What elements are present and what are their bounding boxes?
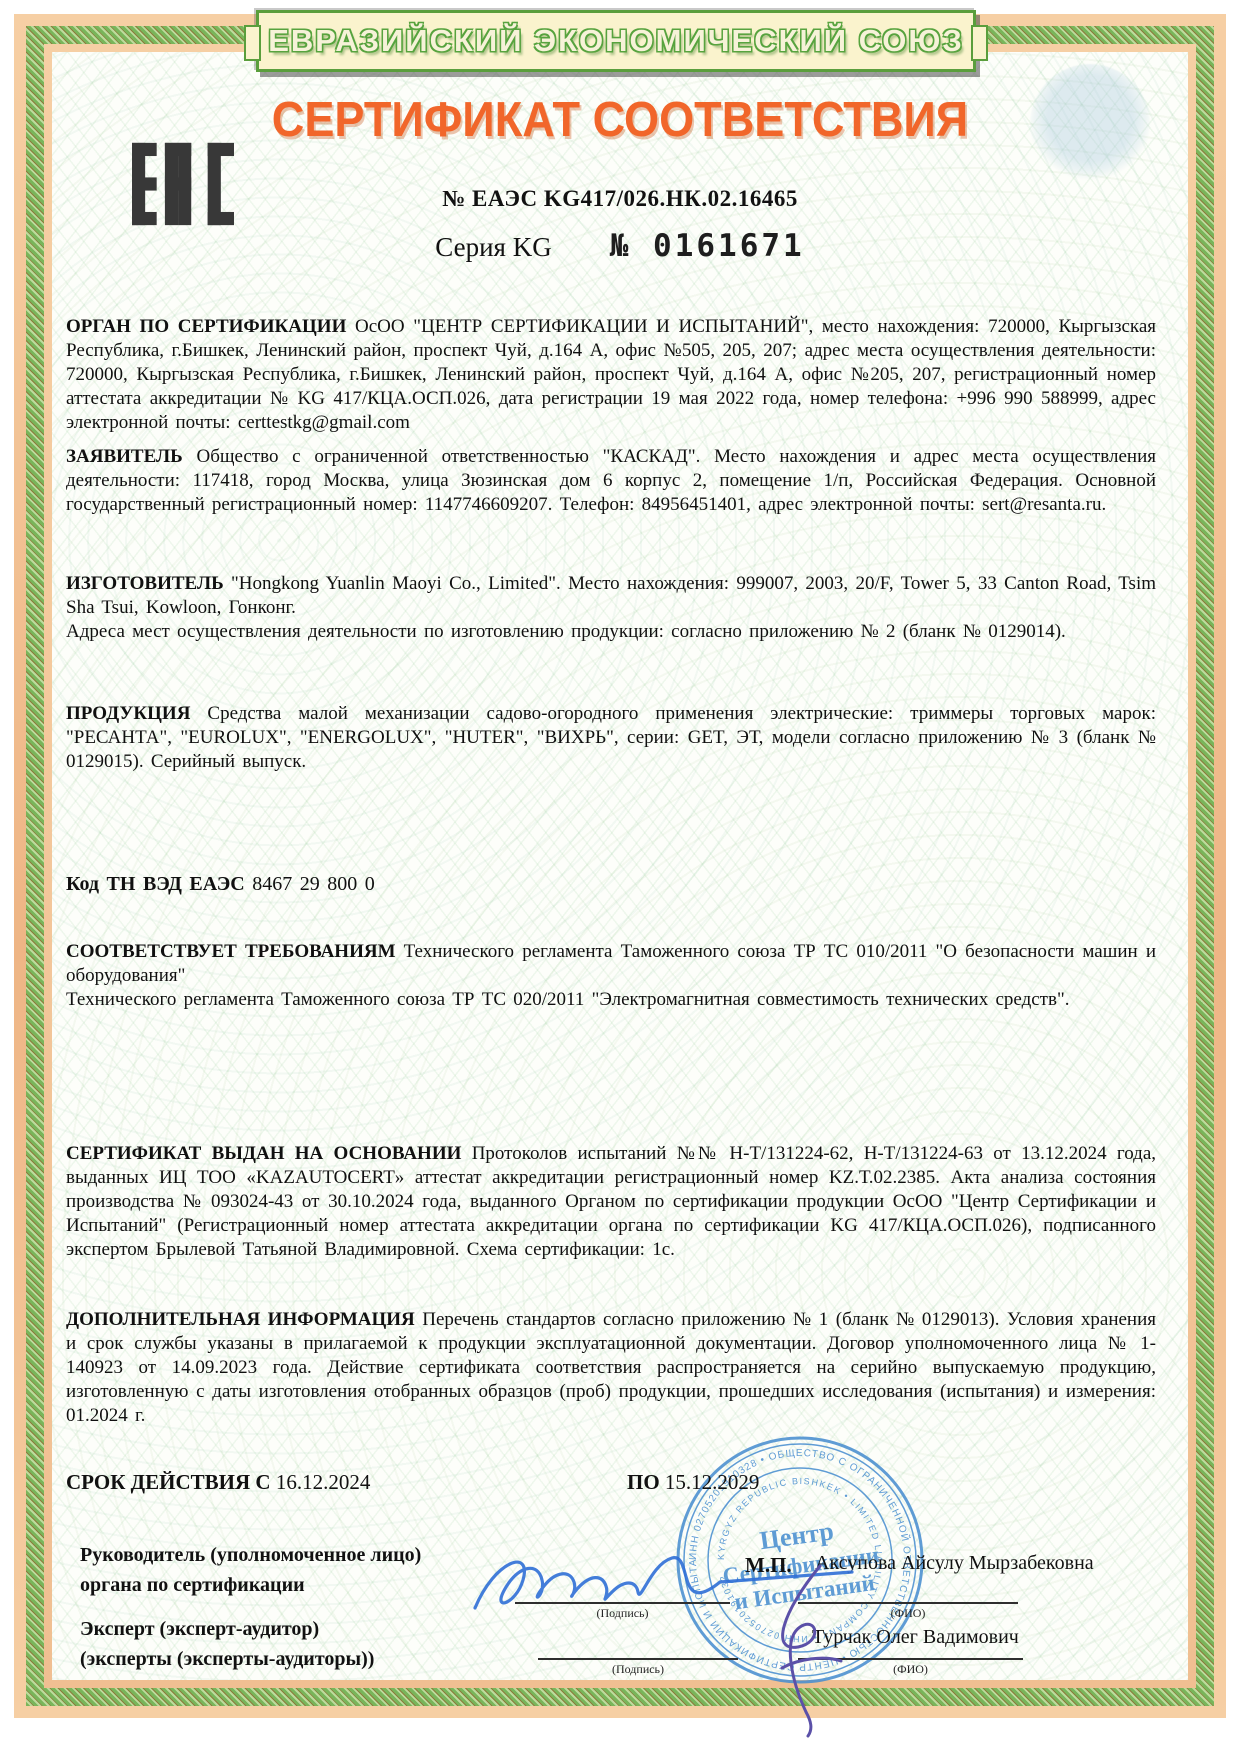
- eac-logo-glyph: [132, 142, 234, 226]
- head-name: Аксупова Айсулу Мырзабековна: [815, 1552, 1094, 1575]
- expert-signature-caption: (Подпись): [538, 1662, 738, 1677]
- section-compliance: СООТВЕТСТВУЕТ ТРЕБОВАНИЯМ Технического р…: [66, 940, 1156, 1012]
- section-applicant-text: Общество с ограниченной ответственностью…: [66, 446, 1156, 515]
- section-additional-info: ДОПОЛНИТЕЛЬНАЯ ИНФОРМАЦИЯ Перечень станд…: [66, 1308, 1156, 1428]
- validity-from-label: СРОК ДЕЙСТВИЯ С: [66, 1470, 271, 1494]
- certificate-number: № ЕАЭС KG417/026.НК.02.16465: [0, 186, 1240, 212]
- expert-name: Турчак Олег Вадимович: [812, 1626, 1019, 1649]
- series-row: Серия KG № 0161671: [0, 228, 1240, 264]
- section-tnved-code: Код ТН ВЭД ЕАЭС 8467 29 800 0: [66, 872, 1156, 896]
- section-issued-basis-label: СЕРТИФИКАТ ВЫДАН НА ОСНОВАНИИ: [66, 1143, 461, 1164]
- certificate-page: ЕВРАЗИЙСКИЙ ЭКОНОМИЧЕСКИЙ СОЮЗ ЕАС СЕРТИ…: [0, 0, 1240, 1754]
- section-manufacturer-text: "Hongkong Yuanlin Maoyi Co., Limited". М…: [66, 573, 1156, 618]
- expert-fio-line: [798, 1658, 1023, 1660]
- expert-role-line1: Эксперт (эксперт-аудитор): [80, 1614, 480, 1644]
- section-products: ПРОДУКЦИЯ Средства малой механизации сад…: [66, 702, 1156, 774]
- validity-to-group: ПО 15.12.2029: [627, 1470, 759, 1495]
- banner-end-right: [971, 25, 988, 60]
- section-issued-basis: СЕРТИФИКАТ ВЫДАН НА ОСНОВАНИИ Протоколов…: [66, 1142, 1156, 1262]
- series-blank-number: № 0161671: [610, 228, 805, 264]
- expert-role-line2: (эксперты (эксперты-аудиторы)): [80, 1644, 480, 1674]
- series-label: Серия KG: [435, 232, 551, 263]
- page-title: СЕРТИФИКАТ СООТВЕТСТВИЯ: [50, 92, 1191, 148]
- guilloche-background: [52, 52, 1188, 1680]
- head-role-label: Руководитель (уполномоченное лицо) орган…: [80, 1540, 480, 1600]
- section-products-label: ПРОДУКЦИЯ: [66, 703, 190, 724]
- section-applicant: ЗАЯВИТЕЛЬ Общество с ограниченной ответс…: [66, 445, 1156, 517]
- section-applicant-label: ЗАЯВИТЕЛЬ: [66, 446, 183, 467]
- section-additional-info-label: ДОПОЛНИТЕЛЬНАЯ ИНФОРМАЦИЯ: [66, 1309, 415, 1330]
- validity-to-date: 15.12.2029: [665, 1470, 760, 1494]
- section-certification-body-label: ОРГАН ПО СЕРТИФИКАЦИИ: [66, 316, 346, 337]
- expert-signature-line: [538, 1658, 738, 1660]
- section-compliance-text2: Технического регламента Таможенного союз…: [66, 988, 1156, 1012]
- expert-fio-caption: (ФИО): [798, 1662, 1023, 1677]
- head-signature-line: [515, 1602, 730, 1604]
- mp-seal-mark: М.П.: [745, 1553, 792, 1578]
- section-tnved-label: Код ТН ВЭД ЕАЭС: [66, 873, 245, 895]
- validity-to-label: ПО: [627, 1470, 660, 1494]
- section-manufacturer-addresses: Адреса мест осуществления деятельности п…: [66, 620, 1156, 644]
- section-products-text: Средства малой механизации садово-огород…: [66, 703, 1156, 772]
- validity-from-date: 16.12.2024: [276, 1470, 371, 1494]
- section-manufacturer-label: ИЗГОТОВИТЕЛЬ: [66, 573, 224, 594]
- validity-row: СРОК ДЕЙСТВИЯ С 16.12.2024 ПО 15.12.2029: [66, 1470, 1156, 1495]
- section-tnved-value: 8467 29 800 0: [252, 873, 375, 895]
- banner-end-left: [244, 25, 261, 60]
- head-signature-caption: (Подпись): [515, 1606, 730, 1621]
- head-fio-line: [798, 1602, 1018, 1604]
- section-manufacturer: ИЗГОТОВИТЕЛЬ "Hongkong Yuanlin Maoyi Co.…: [66, 572, 1156, 644]
- head-fio-caption: (ФИО): [798, 1606, 1018, 1621]
- section-compliance-label: СООТВЕТСТВУЕТ ТРЕБОВАНИЯМ: [66, 941, 396, 962]
- union-banner: ЕВРАЗИЙСКИЙ ЭКОНОМИЧЕСКИЙ СОЮЗ: [256, 10, 976, 72]
- section-certification-body: ОРГАН ПО СЕРТИФИКАЦИИ ОсОО "ЦЕНТР СЕРТИФ…: [66, 315, 1156, 435]
- union-banner-title: ЕВРАЗИЙСКИЙ ЭКОНОМИЧЕСКИЙ СОЮЗ: [268, 23, 964, 59]
